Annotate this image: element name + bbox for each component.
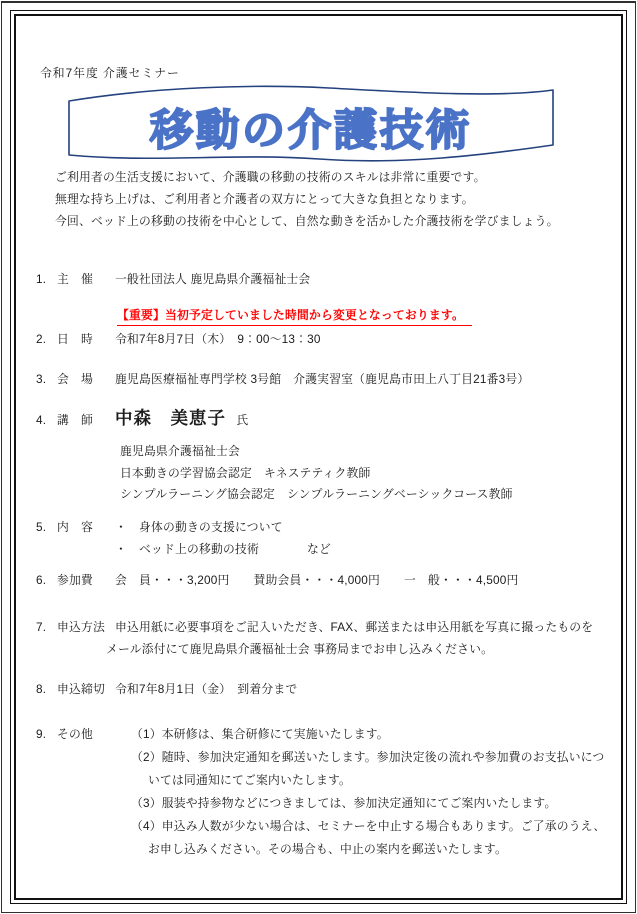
item-number: 2. xyxy=(36,332,57,346)
item-number: 5. xyxy=(36,520,57,534)
item-venue: 3. 会 場 鹿児島医療福祉専門学校 3号館 介護実習室（鹿児島市田上八丁目21… xyxy=(36,370,597,387)
item-content: 鹿児島医療福祉専門学校 3号館 介護実習室（鹿児島市田上八丁目21番3号） xyxy=(115,370,597,387)
intro-line-2: 無理な持ち上げは、ご利用者と介護者の双方にとって大きな負担となります。 xyxy=(55,188,595,210)
item-label: 日 時 xyxy=(57,330,115,347)
item-apply-method: 7. 申込方法 申込用紙に必要事項をご記入いただき、FAX、郵送または申込用紙を… xyxy=(36,618,597,635)
credential-line-2: 日本動きの学習協会認定 キネステティク教師 xyxy=(120,463,600,485)
lecturer-name: 中森 美恵子 xyxy=(115,408,226,428)
item-number: 7. xyxy=(36,620,57,634)
apply-method-line-1: 申込用紙に必要事項をご記入いただき、FAX、郵送または申込用紙を写真に撮ったもの… xyxy=(115,618,597,635)
seminar-banner: 移動の介護技術 xyxy=(64,83,558,167)
item-label: 講 師 xyxy=(57,411,115,428)
other-notes: （1）本研修は、集合研修にて実施いたします。 （2）随時、参加決定通知を郵送いた… xyxy=(115,723,597,861)
contents-bullet-2: ・ ベッド上の移動の技術 など xyxy=(115,538,597,560)
item-label: 申込方法 xyxy=(57,618,115,635)
important-notice: 【重要】当初予定していました時間から変更となっております。 xyxy=(117,306,472,326)
item-content: 令和7年8月7日（木） 9：00〜13：30 xyxy=(115,330,597,347)
lecturer-credentials: 鹿児島県介護福祉士会 日本動きの学習協会認定 キネステティク教師 シンプルラーニ… xyxy=(120,441,600,506)
page-content: 令和7年度 介護セミナー 移動の介護技術 ご利用者の生活支援において、介護職の移… xyxy=(0,0,637,914)
item-label: 内 容 xyxy=(57,518,115,535)
seminar-flyer-page: 令和7年度 介護セミナー 移動の介護技術 ご利用者の生活支援において、介護職の移… xyxy=(0,0,637,914)
item-host: 1. 主 催 一般社団法人 鹿児島県介護福祉士会 xyxy=(36,270,597,287)
lecturer-honorific: 氏 xyxy=(236,413,248,427)
intro-line-3: 今回、ベッド上の移動の技術を中心として、自然な動きを活かした介護技術を学びましょ… xyxy=(55,210,595,232)
item-number: 6. xyxy=(36,573,57,587)
item-label: 会 場 xyxy=(57,370,115,387)
lecturer-name-line: 中森 美恵子 氏 xyxy=(115,405,597,430)
credential-line-3: シンプルラーニング協会認定 シンプルラーニングベーシックコース教師 xyxy=(120,484,600,506)
contents-bullet-1: ・ 身体の動きの支援について xyxy=(115,516,597,538)
item-label: 主 催 xyxy=(57,270,115,287)
item-lecturer: 4. 講 師 中森 美恵子 氏 xyxy=(36,405,597,430)
item-number: 8. xyxy=(36,682,57,696)
other-note-4: （4）申込み人数が少ない場合は、セミナーを中止する場合もあります。ご了承のうえ、… xyxy=(131,815,607,861)
item-content: 令和7年8月1日（金） 到着分まで xyxy=(115,680,597,697)
contents-bullets: ・ 身体の動きの支援について ・ ベッド上の移動の技術 など xyxy=(115,516,597,560)
apply-method-line-2: メール添付にて鹿児島県介護福祉士会 事務局までお申し込みください。 xyxy=(106,640,493,657)
credential-line-1: 鹿児島県介護福祉士会 xyxy=(120,441,600,463)
other-note-1: （1）本研修は、集合研修にて実施いたします。 xyxy=(131,723,607,746)
item-datetime: 2. 日 時 令和7年8月7日（木） 9：00〜13：30 xyxy=(36,330,597,347)
intro-paragraph: ご利用者の生活支援において、介護職の移動の技術のスキルは非常に重要です。 無理な… xyxy=(55,166,595,232)
item-fee: 6. 参加費 会 員・・・3,200円 賛助会員・・・4,000円 一 般・・・… xyxy=(36,571,597,588)
item-other: 9. その他 （1）本研修は、集合研修にて実施いたします。 （2）随時、参加決定… xyxy=(36,723,597,861)
doc-header-title: 令和7年度 介護セミナー xyxy=(40,64,180,81)
item-number: 3. xyxy=(36,372,57,386)
item-number: 4. xyxy=(36,413,57,427)
item-content: 一般社団法人 鹿児島県介護福祉士会 xyxy=(115,270,597,287)
banner-title: 移動の介護技術 xyxy=(64,83,558,167)
intro-line-1: ご利用者の生活支援において、介護職の移動の技術のスキルは非常に重要です。 xyxy=(55,166,595,188)
item-contents: 5. 内 容 ・ 身体の動きの支援について ・ ベッド上の移動の技術 など xyxy=(36,516,597,560)
item-label: 申込締切 xyxy=(57,680,115,697)
item-content: 会 員・・・3,200円 賛助会員・・・4,000円 一 般・・・4,500円 xyxy=(115,571,597,588)
item-deadline: 8. 申込締切 令和7年8月1日（金） 到着分まで xyxy=(36,680,597,697)
item-number: 1. xyxy=(36,272,57,286)
item-label: その他 xyxy=(57,725,115,742)
other-note-3: （3）服装や持参物などにつきましては、参加決定通知にてご案内いたします。 xyxy=(131,792,607,815)
other-note-2: （2）随時、参加決定通知を郵送いたします。参加決定後の流れや参加費のお支払いにつ… xyxy=(131,746,607,792)
item-number: 9. xyxy=(36,727,57,741)
other-notes-list: （1）本研修は、集合研修にて実施いたします。 （2）随時、参加決定通知を郵送いた… xyxy=(131,723,607,861)
item-label: 参加費 xyxy=(57,571,115,588)
